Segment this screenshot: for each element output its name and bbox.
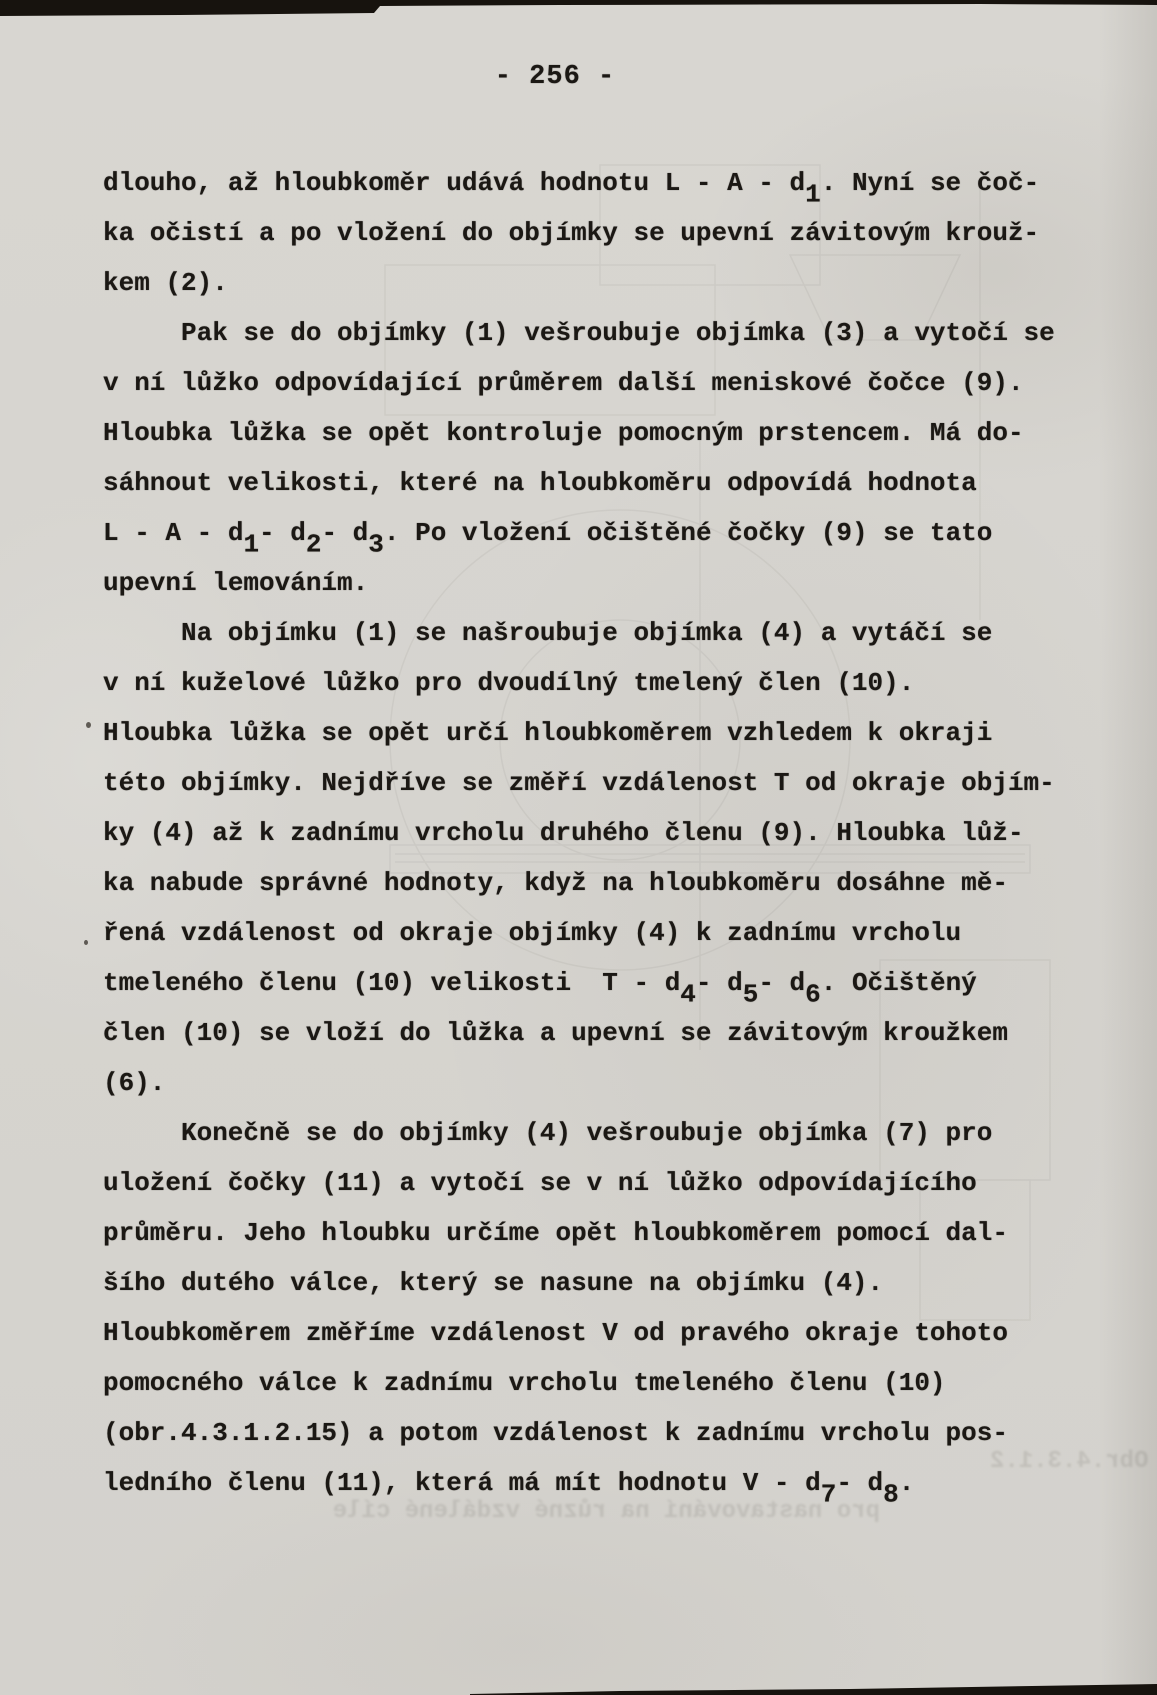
scan-speck xyxy=(84,940,88,945)
text-line: Hloubka lůžka se opět kontroluje pomocný… xyxy=(103,408,1103,458)
text-line: L - A - d1- d2- d3. Po vložení očištěné … xyxy=(103,508,1103,558)
text-line: uložení čočky (11) a vytočí se v ní lůžk… xyxy=(103,1158,1103,1208)
text-line: Hloubka lůžka se opět určí hloubkoměrem … xyxy=(103,708,1103,758)
text-line: Na objímku (1) se našroubuje objímka (4)… xyxy=(103,608,1103,658)
text-line: ledního členu (11), která má mít hodnotu… xyxy=(103,1458,1103,1508)
text-line: této objímky. Nejdříve se změří vzdáleno… xyxy=(103,758,1103,808)
text-line: kem (2). xyxy=(103,258,1103,308)
page-text: dlouho, až hloubkoměr udává hodnotu L - … xyxy=(103,158,1103,1508)
text-line: šího dutého válce, který se nasune na ob… xyxy=(103,1258,1103,1308)
scan-edge-top-artifact xyxy=(0,0,1157,18)
text-line: upevní lemováním. xyxy=(103,558,1103,608)
text-line: v ní lůžko odpovídající průměrem další m… xyxy=(103,358,1103,408)
text-line: Hloubkoměrem změříme vzdálenost V od pra… xyxy=(103,1308,1103,1358)
text-line: Pak se do objímky (1) vešroubuje objímka… xyxy=(103,308,1103,358)
text-line: ky (4) až k zadnímu vrcholu druhého člen… xyxy=(103,808,1103,858)
scan-edge-bottom-artifact xyxy=(0,1681,1157,1695)
text-line: řená vzdálenost od okraje objímky (4) k … xyxy=(103,908,1103,958)
text-line: průměru. Jeho hloubku určíme opět hloubk… xyxy=(103,1208,1103,1258)
text-line: (6). xyxy=(103,1058,1103,1108)
text-line: ka nabude správné hodnoty, když na hloub… xyxy=(103,858,1103,908)
text-line: člen (10) se vloží do lůžka a upevní se … xyxy=(103,1008,1103,1058)
scanned-page: - 256 - dlouho, až hloubkoměr udává hodn… xyxy=(0,0,1157,1695)
text-line: ka očistí a po vložení do objímky se upe… xyxy=(103,208,1103,258)
scan-speck xyxy=(86,722,91,728)
text-line: sáhnout velikosti, které na hloubkoměru … xyxy=(103,458,1103,508)
page-number: - 256 - xyxy=(0,62,1110,92)
text-line: tmeleného členu (10) velikosti T - d4- d… xyxy=(103,958,1103,1008)
text-line: Konečně se do objímky (4) vešroubuje obj… xyxy=(103,1108,1103,1158)
text-line: v ní kuželové lůžko pro dvoudílný tmelen… xyxy=(103,658,1103,708)
text-line: dlouho, až hloubkoměr udává hodnotu L - … xyxy=(103,158,1103,208)
text-line: (obr.4.3.1.2.15) a potom vzdálenost k za… xyxy=(103,1408,1103,1458)
text-line: pomocného válce k zadnímu vrcholu tmelen… xyxy=(103,1358,1103,1408)
